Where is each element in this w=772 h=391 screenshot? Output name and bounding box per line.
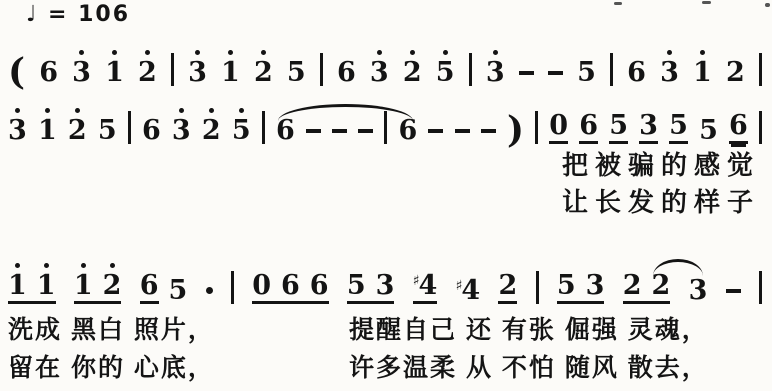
notation-line-2: 3125632566)0653556	[8, 96, 762, 144]
note: 3	[370, 50, 389, 86]
scan-speck	[614, 2, 622, 5]
note: 2	[403, 50, 422, 86]
note: 2	[651, 272, 670, 299]
dash-extension	[455, 129, 470, 133]
parenthesis: (	[8, 57, 25, 88]
note: 1	[693, 50, 712, 86]
parenthesis: )	[507, 115, 524, 146]
note: 0	[549, 112, 568, 144]
note: 3	[8, 108, 27, 144]
octave-dot	[667, 50, 672, 55]
octave-dot	[79, 50, 84, 55]
beam-group: 65	[140, 272, 188, 304]
note: 5	[232, 108, 251, 144]
note: 1	[8, 263, 27, 299]
note: 2	[103, 263, 122, 299]
octave-dot	[75, 108, 80, 113]
octave-dot	[179, 108, 184, 113]
note: 3	[660, 50, 679, 86]
octave-dot	[377, 50, 382, 55]
note: 3	[188, 50, 207, 86]
note: 2	[623, 272, 642, 299]
dash-extension	[332, 129, 347, 133]
note: 1	[105, 50, 124, 86]
note: 6	[276, 117, 295, 144]
note: 6	[729, 112, 748, 144]
dash-extension	[481, 129, 496, 133]
beam-group: 53	[557, 272, 605, 304]
tie-arc	[278, 104, 413, 121]
note: ♯4	[413, 272, 438, 304]
octave-dot	[44, 263, 49, 268]
barline	[536, 271, 539, 304]
tempo-marking: ♩ = 106	[26, 2, 130, 27]
note: 5	[699, 117, 718, 144]
note: 2	[498, 272, 517, 304]
note: 6	[627, 59, 646, 86]
scan-speck	[765, 3, 770, 7]
note: 2	[202, 108, 221, 144]
note: 3	[376, 272, 395, 299]
note: 1	[37, 263, 56, 299]
barline	[759, 111, 762, 144]
note: 1	[38, 108, 57, 144]
beam-group: 066	[252, 272, 328, 304]
note: 3	[486, 50, 505, 86]
note: 5	[669, 112, 688, 144]
dash-extension	[306, 129, 321, 133]
lyric-row-2: 留在 你的 心底， 许多温柔 从 不怕 随风 散去，	[8, 348, 772, 384]
dash-extension	[548, 71, 563, 75]
sharp-icon: ♯	[456, 278, 463, 294]
lyric-row-2-right: 许多温柔 从 不怕 随风 散去，	[349, 348, 709, 384]
note: 2	[254, 50, 273, 86]
note: 5	[98, 117, 117, 144]
note: 5	[436, 50, 455, 86]
octave-dot	[15, 263, 20, 268]
lyric-row-1: 洗成 黑白 照片， 提醒自己 还 有张 倔强 灵魂，	[8, 310, 772, 346]
note: 3	[639, 112, 658, 144]
dash-extension	[726, 289, 741, 293]
scan-speck	[702, 1, 711, 4]
barline	[535, 111, 538, 144]
dash-extension	[358, 129, 373, 133]
dash-extension	[519, 71, 534, 75]
octave-dot	[81, 263, 86, 268]
octave-dot	[209, 108, 214, 113]
barline	[320, 53, 323, 86]
tie-arc	[653, 259, 703, 276]
note: 3	[172, 108, 191, 144]
note: 5	[557, 272, 576, 299]
barline	[469, 53, 472, 86]
note: 6	[399, 117, 418, 144]
interlude-lyric-line-2: 让长发的样子	[562, 184, 760, 221]
beam-group: 11	[8, 263, 56, 304]
note: 6	[310, 272, 329, 299]
note: 6	[39, 59, 58, 86]
barline	[610, 53, 613, 86]
lyric-row-2-left: 留在 你的 心底，	[8, 354, 215, 382]
note: 1	[74, 263, 93, 299]
note: 5	[609, 112, 628, 144]
octave-dot	[195, 50, 200, 55]
dash-extension	[428, 129, 443, 133]
note: 5	[577, 59, 596, 86]
barline	[231, 271, 234, 304]
barline	[262, 111, 265, 144]
octave-dot	[15, 108, 20, 113]
lyric-row-1-right: 提醒自己 还 有张 倔强 灵魂，	[349, 310, 709, 346]
note: 0	[252, 272, 271, 299]
augmentation-dot	[206, 287, 213, 294]
note: 5	[287, 59, 306, 86]
note: 3	[72, 50, 91, 86]
octave-dot	[493, 50, 498, 55]
note: 6	[281, 272, 300, 299]
sheet-music-page: ♩ = 106 (631231256325356312 3125632566)0…	[0, 0, 772, 391]
octave-dot	[228, 50, 233, 55]
octave-dot	[110, 263, 115, 268]
note: 1	[221, 50, 240, 86]
barline	[759, 271, 762, 304]
note: 2	[138, 50, 157, 86]
note: 6	[142, 117, 161, 144]
note: 3	[689, 277, 708, 304]
octave-dot	[443, 50, 448, 55]
octave-dot	[410, 50, 415, 55]
octave-dot	[261, 50, 266, 55]
note: 5	[347, 272, 366, 299]
notation-line-1: (631231256325356312	[8, 38, 762, 86]
octave-dot	[239, 108, 244, 113]
octave-dot	[112, 50, 117, 55]
beam-group: 53	[347, 272, 395, 304]
note: 2	[726, 59, 745, 86]
barline	[759, 53, 762, 86]
note: 6	[337, 59, 356, 86]
note: 5	[169, 277, 188, 304]
octave-dot	[145, 50, 150, 55]
note: ♯4	[456, 277, 481, 304]
octave-dot	[45, 108, 50, 113]
note: 6	[579, 112, 598, 144]
barline	[171, 53, 174, 86]
beam-group: 12	[74, 263, 122, 304]
interlude-lyrics: 把被骗的感觉 让长发的样子	[562, 147, 760, 221]
note: 6	[140, 272, 159, 304]
interlude-lyric-line-1: 把被骗的感觉	[562, 147, 760, 184]
barline	[128, 111, 131, 144]
notation-line-3: 11126506653♯4♯4253223	[8, 252, 762, 304]
note: 3	[586, 272, 605, 299]
beam-group: 22	[623, 272, 671, 304]
note: 2	[68, 108, 87, 144]
lyric-row-1-left: 洗成 黑白 照片，	[8, 316, 215, 344]
octave-dot	[700, 50, 705, 55]
sharp-icon: ♯	[413, 273, 420, 289]
